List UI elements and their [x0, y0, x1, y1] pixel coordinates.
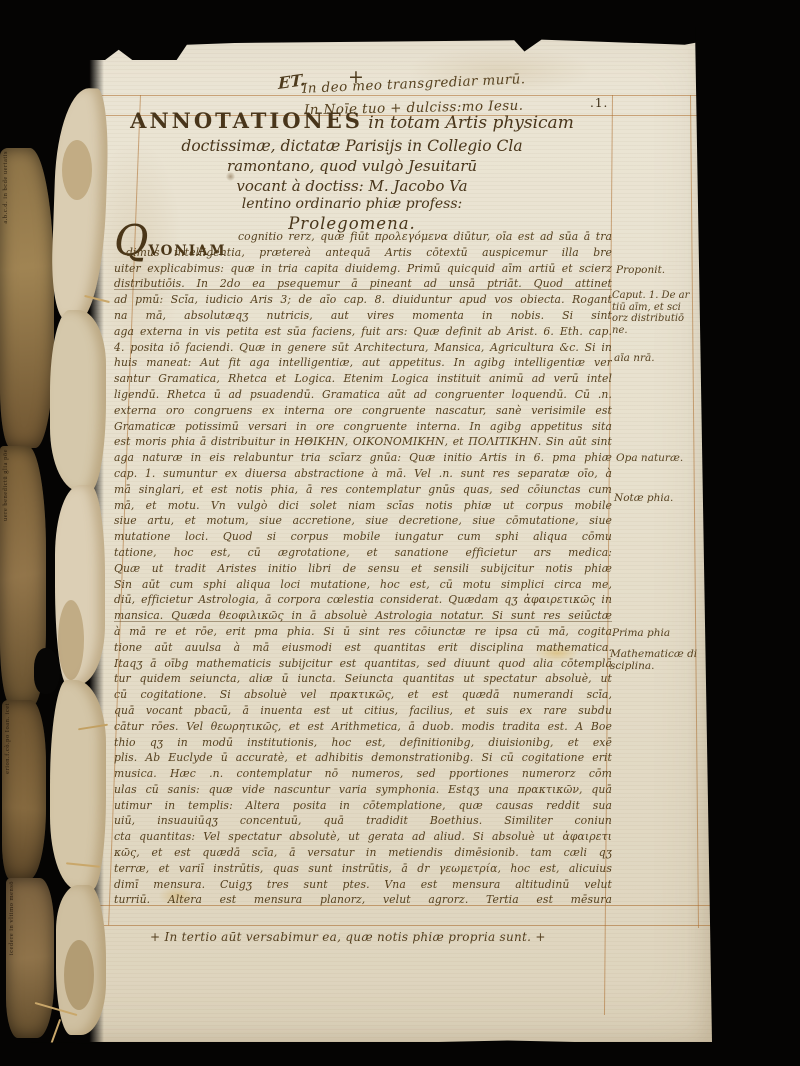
- manuscript-line: cta quantitas: Vel spectatur absolutè, u…: [114, 830, 612, 846]
- manuscript-line: mā singlari, et est notis phia, ā res co…: [114, 483, 612, 499]
- manuscript-line: tione aūt auulsa à mā eiusmodi est quant…: [114, 641, 612, 657]
- wastepaper-fragment: a.b.c.d. in bcde uertatis: [0, 148, 54, 448]
- manuscript-page: + ET. In deo meo transgrediar murū. In N…: [30, 26, 712, 1042]
- printed-fragment-text: icedere in vltimo mensō: [6, 878, 17, 958]
- binding-smudge: [64, 940, 94, 1010]
- wastepaper-fragment: erion.f.cò.po Ioan. icet: [2, 700, 46, 880]
- title-line: vocant à doctiss: M. Jacobo Va: [92, 177, 612, 195]
- body-text: cognitio rerz, quæ fiūt προλεγόμενα diūt…: [114, 230, 612, 909]
- manuscript-line: 4. posita iō faciendi. Quæ in genere sūt…: [114, 341, 612, 357]
- manuscript-line: Quæ ut tradit Aristes initio libri de se…: [114, 562, 612, 578]
- manuscript-line: κῶς, et est quædā scīa, ā versatur in me…: [114, 846, 612, 862]
- bottom-margin-rule: [52, 925, 714, 926]
- invocation-line: In deo meo transgrediar murū.: [302, 71, 526, 97]
- printed-fragment-text: erion.f.cò.po Ioan. icet: [2, 700, 13, 777]
- manuscript-line: cātur rōes. Vel θεωρητικῶς, et est Arith…: [114, 720, 612, 736]
- binding-hole: [34, 648, 60, 694]
- manuscript-line: aga naturæ in eis relabuntur tria scīarz…: [114, 451, 612, 467]
- printed-fragment-text: a.b.c.d. in bcde uertatis: [0, 148, 11, 227]
- marginal-note-anima: aīa nrā.: [614, 352, 709, 364]
- torn-paper-edge: [50, 310, 106, 492]
- title-line: ANNOTATIONES in totam Artis physicam: [92, 108, 612, 133]
- binding-smudge: [62, 140, 92, 200]
- manuscript-line: turriū. Altera est mensura planorz, velu…: [114, 893, 612, 909]
- manuscript-line: plis. Ab Euclyde ū accuratè, et adhibiti…: [114, 751, 612, 767]
- marginal-note-prima-phia: Prima phia: [612, 627, 707, 639]
- bottom-margin-note: + In tertio aūt versabimur ea, quæ notis…: [150, 930, 546, 944]
- manuscript-line: diū, efficietur Astrologia, ā corpora cœ…: [114, 593, 612, 609]
- manuscript-line: siue artu, et motum, siue accretione, si…: [114, 514, 612, 530]
- manuscript-line: terræ, et variī instrūtis, quas sunt ins…: [114, 862, 612, 878]
- manuscript-line: mā, et motu. Vn vulgò dici solet niam sc…: [114, 499, 612, 515]
- manuscript-line: ulas cū sanis: quæ vide nascuntur varia …: [114, 783, 612, 799]
- torn-paper-edge: [50, 680, 106, 890]
- manuscript-line: uiū, insuauiūqʒ concentuū, quā tradidit …: [114, 814, 612, 830]
- marginal-note-opera-naturae: Opa naturæ.: [616, 452, 711, 464]
- marginal-note-proponit: Proponit.: [616, 264, 711, 276]
- title-word-annotationes: ANNOTATIONES: [130, 108, 363, 133]
- title-line: lentino ordinario phiæ profess:: [92, 196, 612, 212]
- manuscript-line: Sin aūt cum sphi aliqua loci mutatione, …: [114, 578, 612, 594]
- manuscript-line: mutatione loci. Quod si corpus mobile iu…: [114, 530, 612, 546]
- manuscript-line: na mā, absolutæqʒ nutricis, aut vires mo…: [114, 309, 612, 325]
- manuscript-line: cognitio rerz, quæ fiūt προλεγόμενα diūt…: [114, 230, 612, 246]
- manuscript-line: tur quidem seiuncta, aliæ ū iuncta. Seiu…: [114, 672, 612, 688]
- manuscript-line: distributiōis. In 2do ea psequemur ā pin…: [114, 277, 612, 293]
- manuscript-line: ligendū. Rhetca ū ad psuadendū. Gramatic…: [114, 388, 612, 404]
- manuscript-line: thio qʒ in modū institutionis, hoc est, …: [114, 736, 612, 752]
- manuscript-line: santur Gramatica, Rhetca et Logica. Eten…: [114, 372, 612, 388]
- binding-smudge: [58, 600, 84, 680]
- title-block: ANNOTATIONES in totam Artis physicam doc…: [92, 108, 612, 233]
- manuscript-line: ad pmū: Scīa, iudicio Aris 3; de aīo cap…: [114, 293, 612, 309]
- manuscript-line: dimus intelligentia, prætereà antequā Ar…: [114, 246, 612, 262]
- manuscript-line: utimur in templis: Altera posita in cōte…: [114, 799, 612, 815]
- book-binding-spine: a.b.c.d. in bcde uertatis uere benedictū…: [0, 0, 104, 1066]
- manuscript-line: uiter explicabimus: quæ in tria capita d…: [114, 262, 612, 278]
- manuscript-line: aga externa in vis petita est sūa facien…: [114, 325, 612, 341]
- manuscript-line: dimī mensura. Cuigʒ tres sunt ptes. Vna …: [114, 878, 612, 894]
- manuscript-line: cū cogitatione. Si absoluè vel πρακτικῶς…: [114, 688, 612, 704]
- title-line-rest: in totam Artis physicam: [363, 113, 574, 133]
- manuscript-line: mansica. Quæda θεοφιλικῶς in ā absoluè A…: [114, 609, 612, 625]
- torn-paper-edge: [50, 87, 110, 321]
- manuscript-line: musica. Hæc .n. contemplatur nō numeros,…: [114, 767, 612, 783]
- title-line: doctissimæ, dictatæ Parisijs in Collegio…: [92, 137, 612, 155]
- manuscript-line: externa oro congruens ex interna ore con…: [114, 404, 612, 420]
- manuscript-line: quā vocant pbacū, ā inuenta est ut citiu…: [114, 704, 612, 720]
- title-line: ramontano, quod vulgò Jesuitarū: [92, 157, 612, 175]
- marginal-note-notae-phia: Notæ phia.: [614, 492, 709, 504]
- manuscript-photo: + ET. In deo meo transgrediar murū. In N…: [0, 0, 800, 1066]
- manuscript-line: tatione, hoc est, cū ægrotatione, et san…: [114, 546, 612, 562]
- wastepaper-fragment: icedere in vltimo mensō: [6, 878, 54, 1038]
- marginal-note-mathematicae: Mathematicæ di sciplina.: [610, 648, 705, 672]
- manuscript-line: est moris phia ā distribuitur in ΗΘΙΚΗΝ,…: [114, 435, 612, 451]
- printed-fragment-text: uere benedictū glia pōe: [0, 446, 11, 524]
- manuscript-line: Gramaticæ potissimū versari in ore congr…: [114, 420, 612, 436]
- manuscript-line: à mā re et rōe, erit pma phia. Si ū sint…: [114, 625, 612, 641]
- manuscript-line: Itaqʒ ā oībg mathematicis subijcitur est…: [114, 657, 612, 673]
- manuscript-line: huis maneat: Aut fit aga intelligentiæ, …: [114, 356, 612, 372]
- marginal-note-caput1: Caput. 1. De ar tiū aīm, et sci orz dist…: [612, 290, 707, 336]
- manuscript-line: cap. 1. sumuntur ex diuersa abstractione…: [114, 467, 612, 483]
- right-margin-rule: [690, 95, 699, 928]
